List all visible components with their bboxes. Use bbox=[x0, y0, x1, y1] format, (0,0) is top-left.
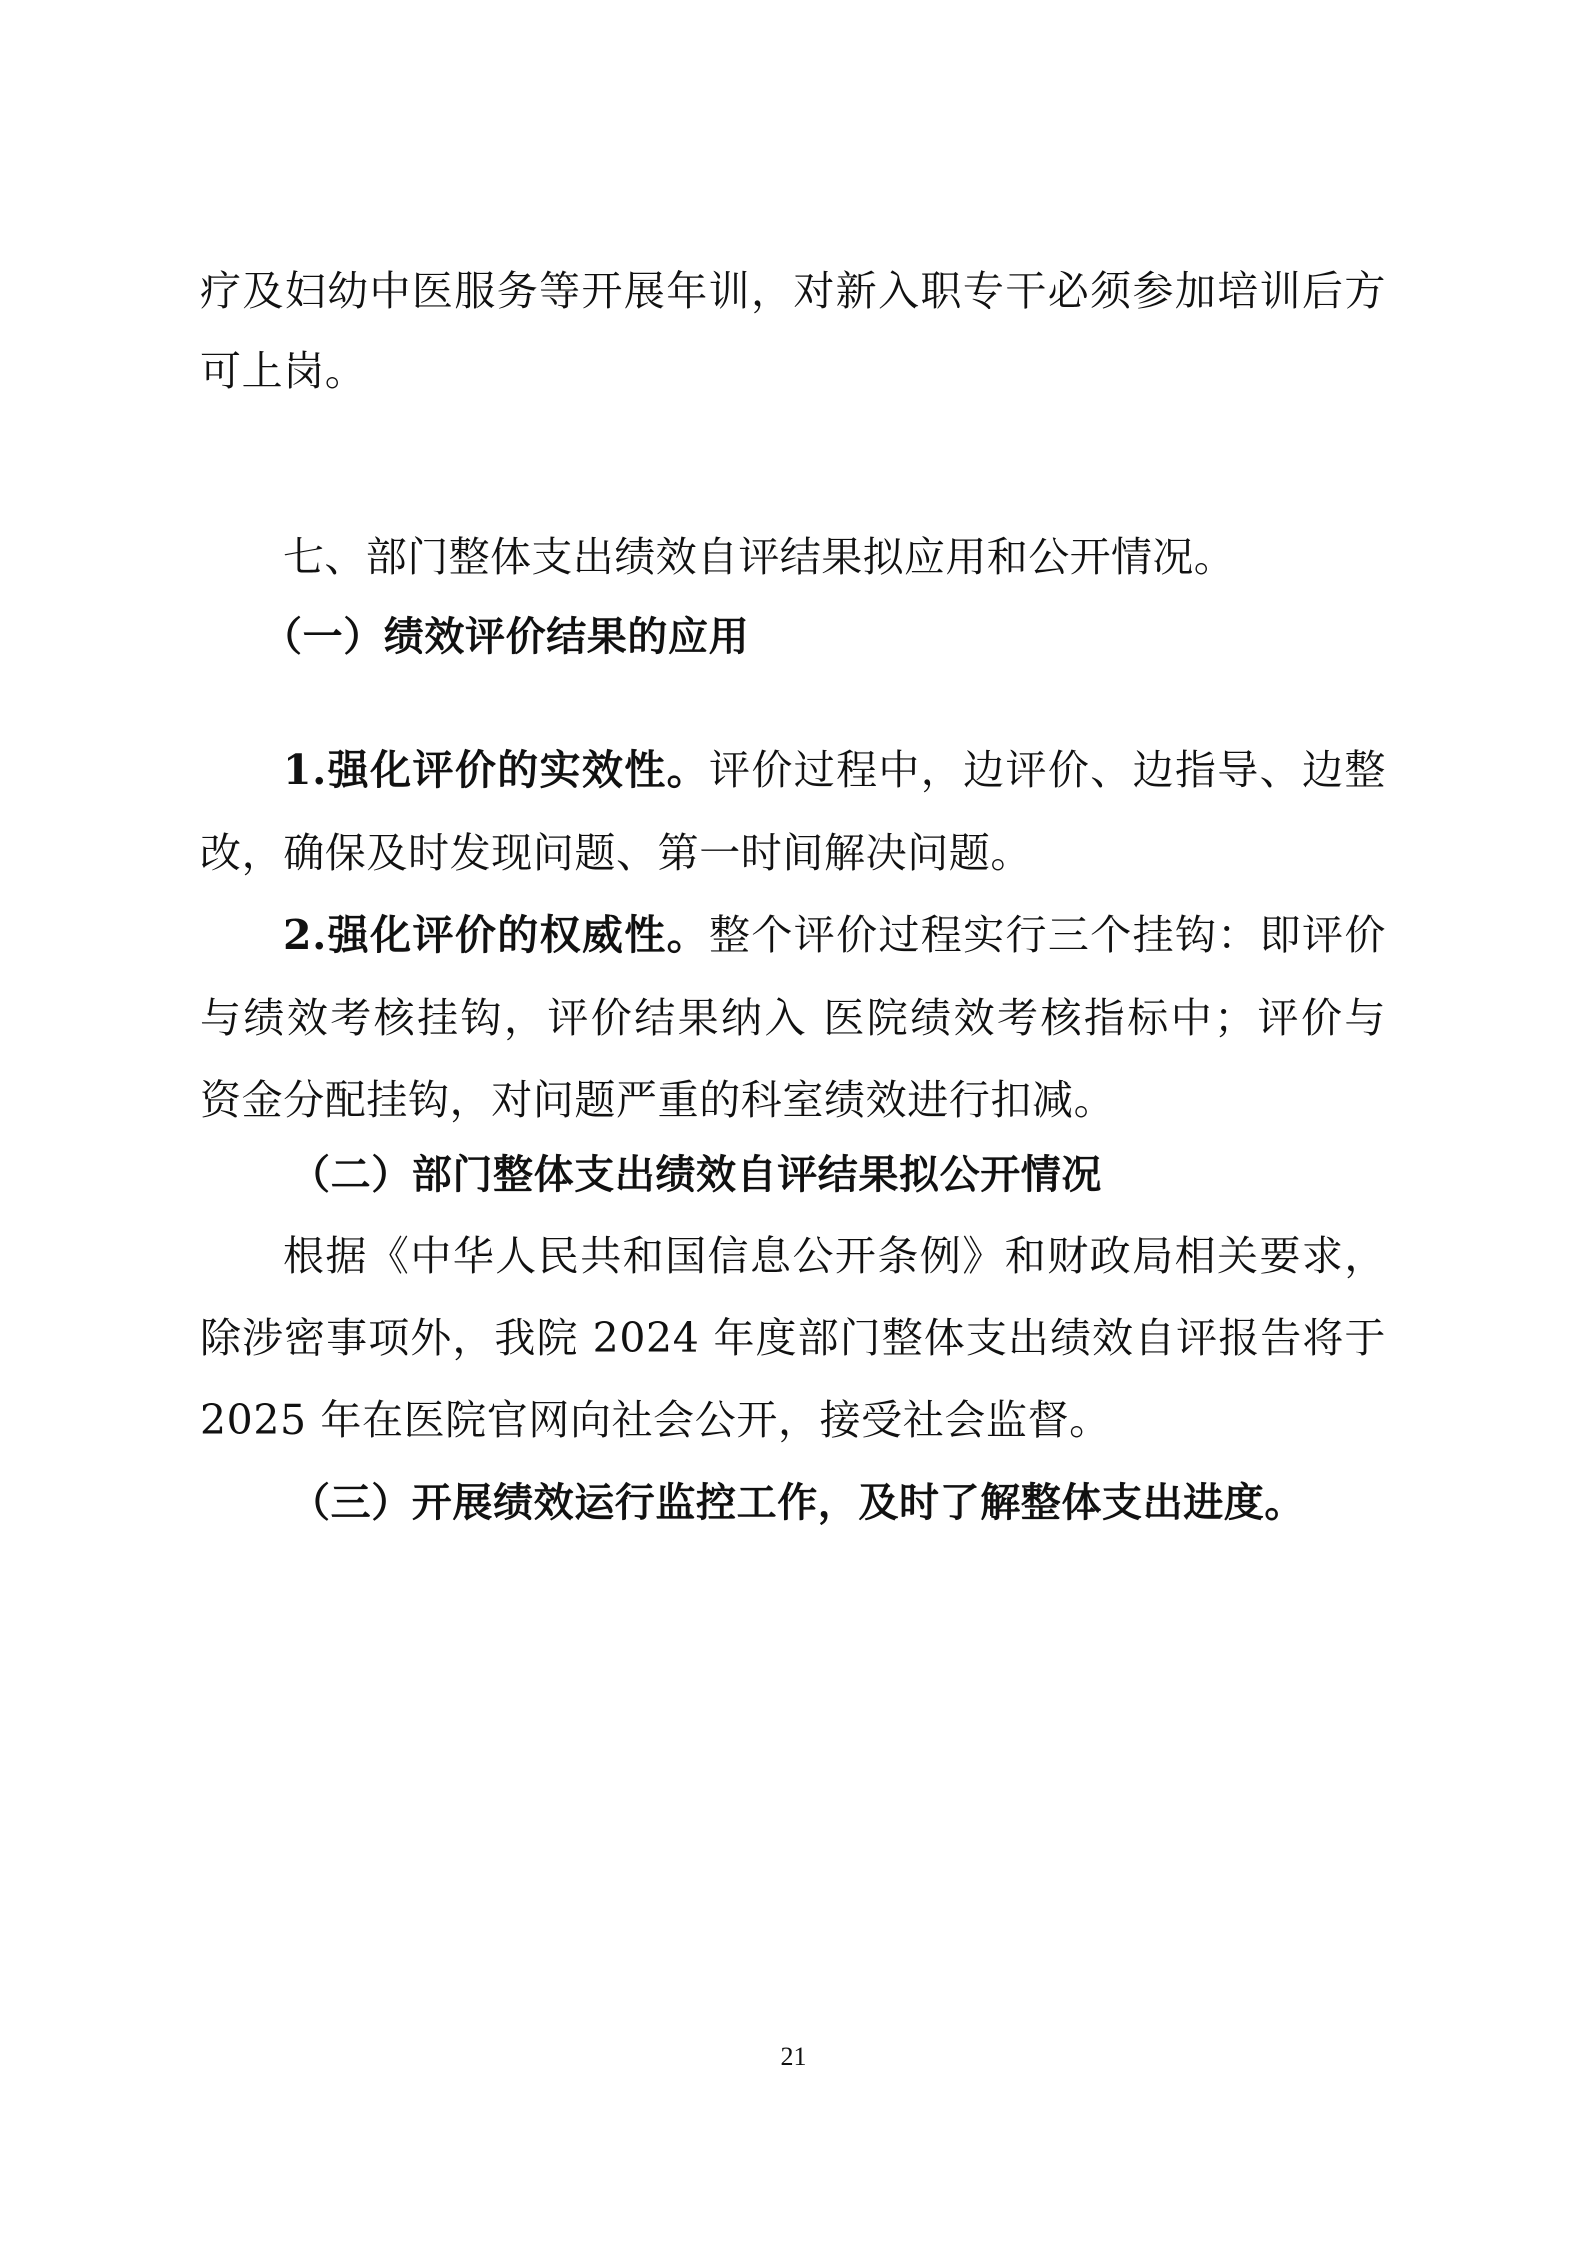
paragraph-line: 改，确保及时发现问题、第一时间解决问题。 bbox=[200, 829, 1032, 877]
subsection-heading: （三）开展绩效运行监控工作，及时了解整体支出进度。 bbox=[290, 1479, 1305, 1527]
paragraph-line: 根据《中华人民共和国信息公开条例》和财政局相关要求， bbox=[283, 1232, 1386, 1280]
subsection-heading: （二）部门整体支出绩效自评结果拟公开情况 bbox=[290, 1151, 1102, 1199]
section-heading: 七、部门整体支出绩效自评结果拟应用和公开情况。 bbox=[283, 533, 1235, 581]
paragraph-line: 疗及妇幼中医服务等开展年训，对新入职专干必须参加培训后方 bbox=[200, 267, 1386, 315]
paragraph-line: 2025 年在医院官网向社会公开，接受社会监督。 bbox=[200, 1396, 1111, 1444]
list-item-lead: 2.强化评价的权威性。 bbox=[283, 911, 709, 959]
list-item: 1.强化评价的实效性。评价过程中，边评价、边指导、边整 bbox=[283, 746, 1386, 794]
list-item: 2.强化评价的权威性。整个评价过程实行三个挂钩：即评价 bbox=[283, 911, 1386, 959]
subsection-heading: （一）绩效评价结果的应用 bbox=[262, 613, 749, 661]
list-item-text: 整个评价过程实行三个挂钩：即评价 bbox=[709, 911, 1386, 959]
list-item-lead: 1.强化评价的实效性。 bbox=[283, 746, 709, 794]
paragraph-line: 资金分配挂钩，对问题严重的科室绩效进行扣减。 bbox=[200, 1076, 1115, 1124]
document-page: 疗及妇幼中医服务等开展年训，对新入职专干必须参加培训后方 可上岗。 七、部门整体… bbox=[0, 0, 1587, 2244]
paragraph-line: 可上岗。 bbox=[200, 347, 366, 395]
list-item-text: 评价过程中，边评价、边指导、边整 bbox=[709, 746, 1386, 794]
page-number: 21 bbox=[0, 2042, 1587, 2072]
paragraph-line: 与绩效考核挂钩，评价结果纳入 医院绩效考核指标中；评价与 bbox=[200, 994, 1386, 1042]
paragraph-line: 除涉密事项外，我院 2024 年度部门整体支出绩效自评报告将于 bbox=[200, 1314, 1386, 1362]
